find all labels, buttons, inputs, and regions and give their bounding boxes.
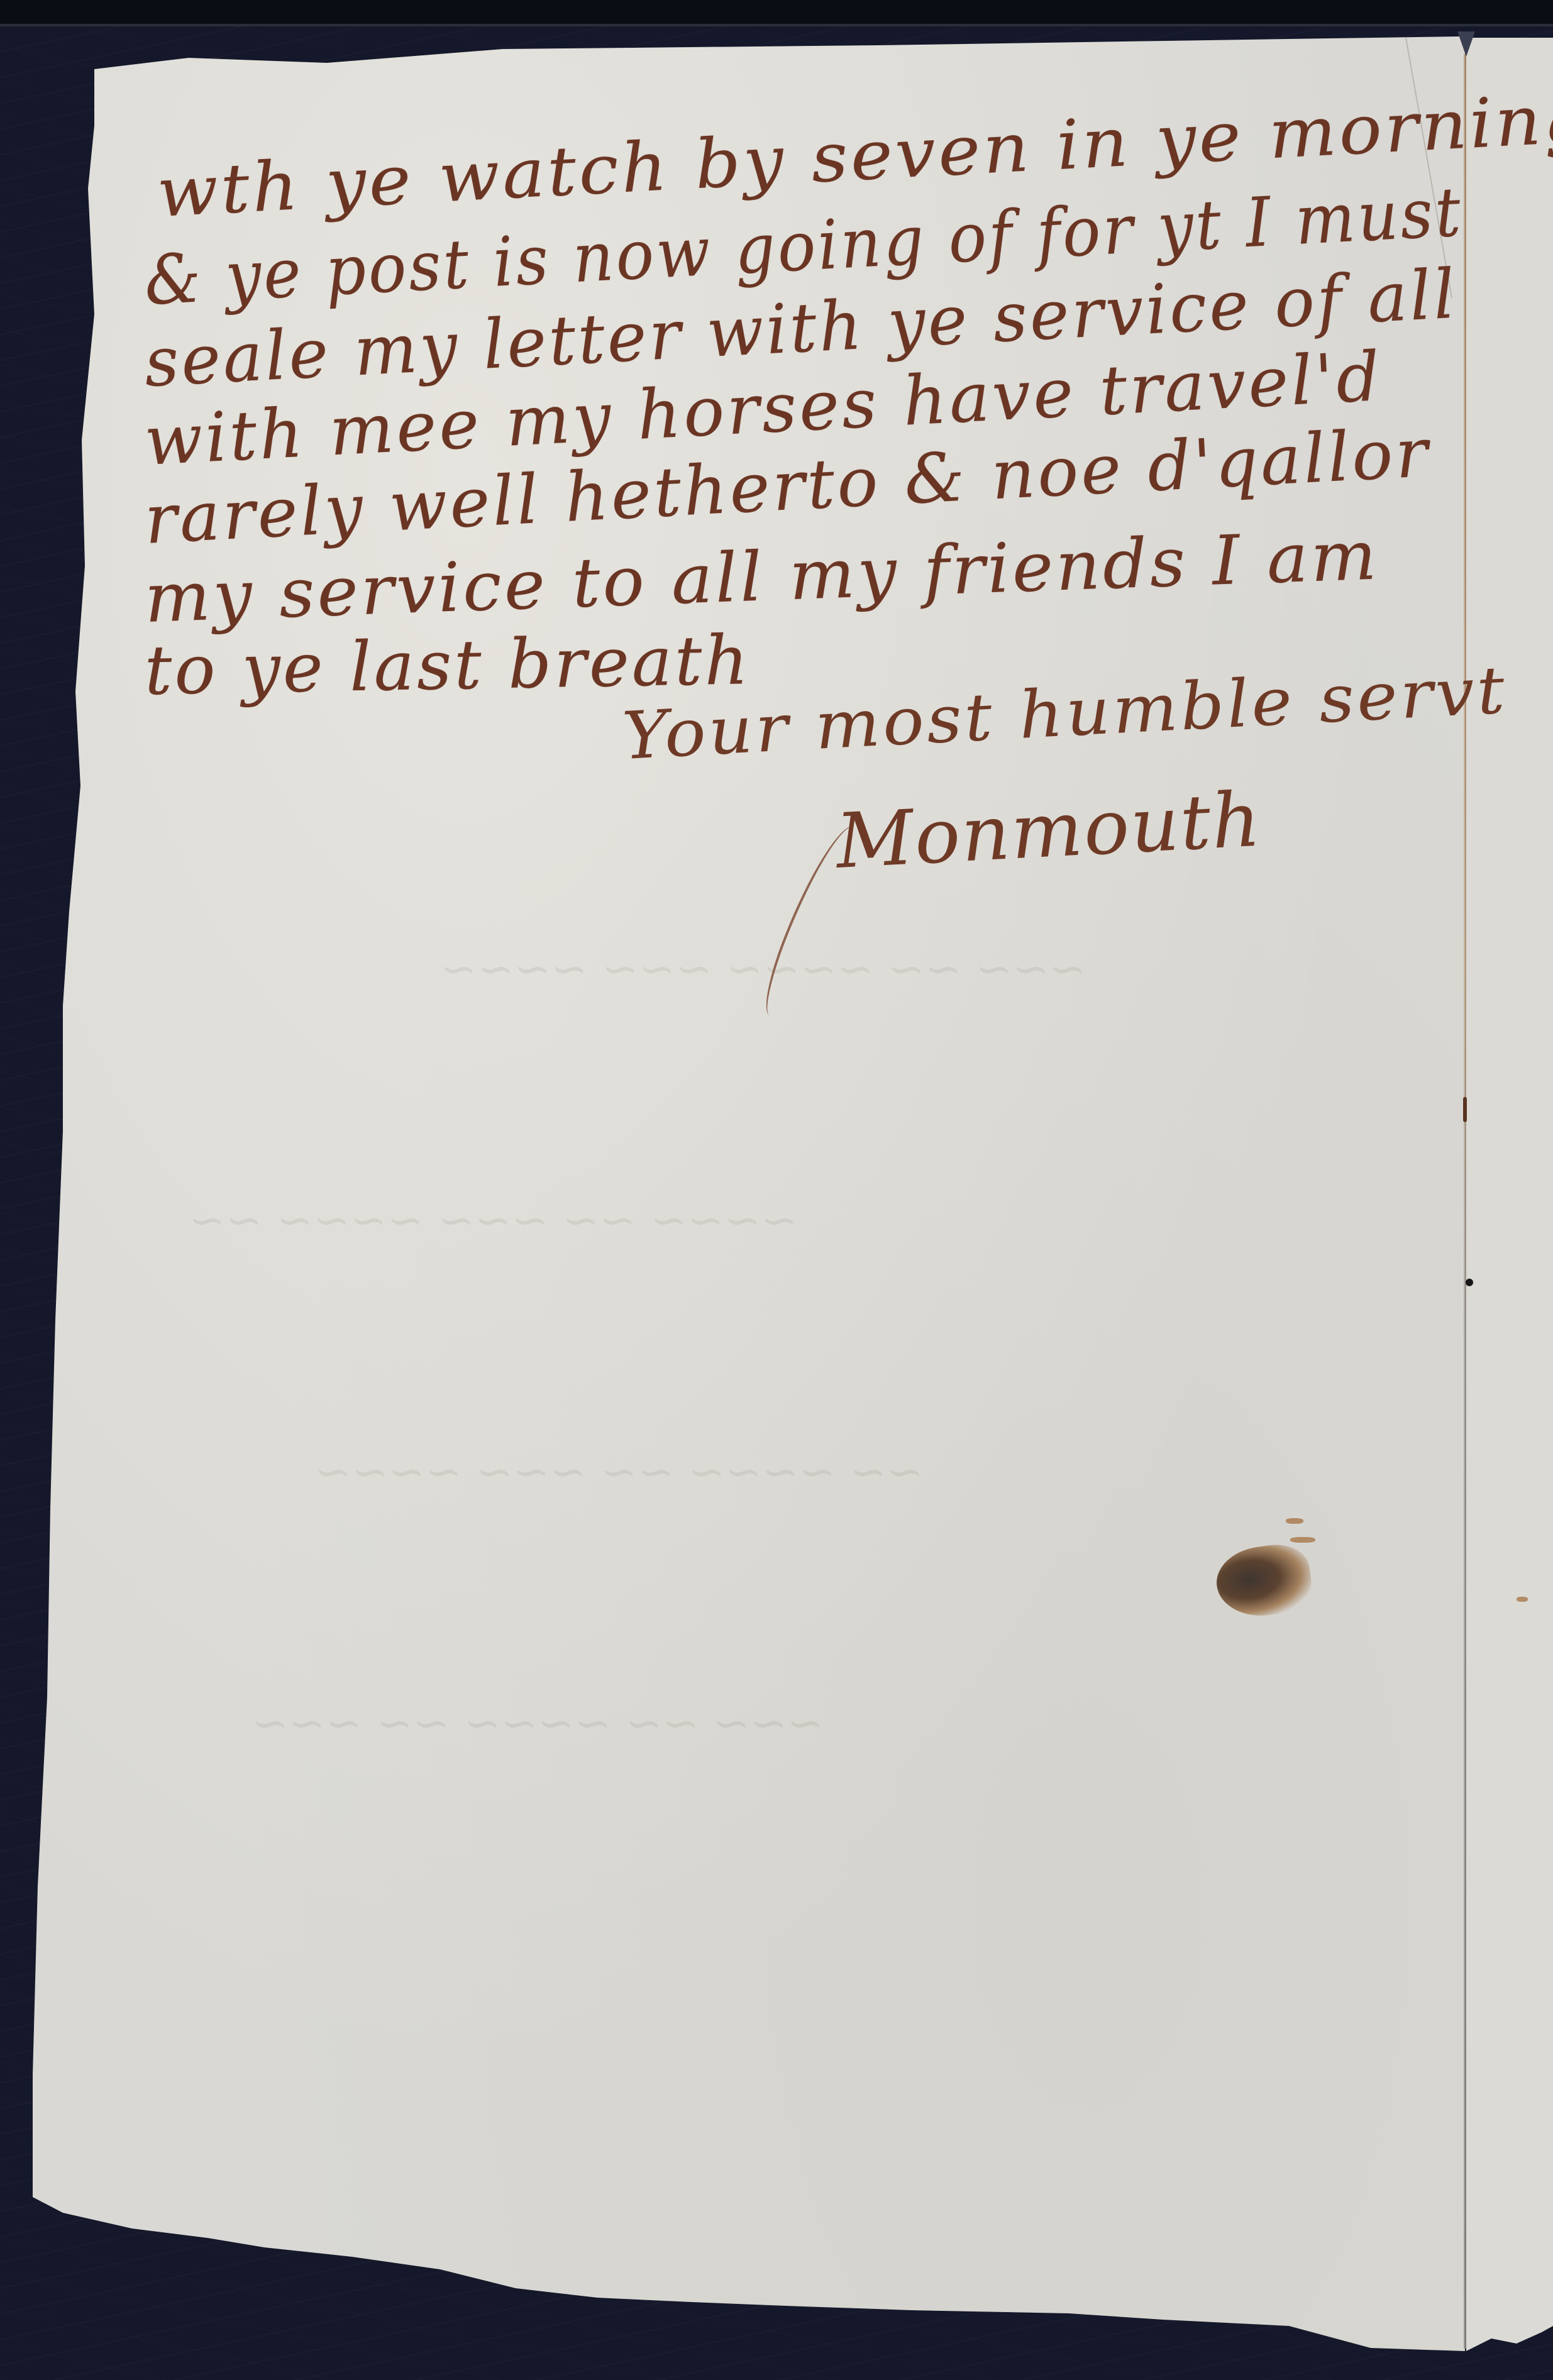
stain-fleck xyxy=(1286,1518,1303,1524)
scanner-top-strip xyxy=(0,0,1553,26)
show-through-text: ~~~ ~~ ~~~~ ~~ ~~~ xyxy=(251,1697,824,1749)
ink-mark-on-fold xyxy=(1463,1097,1467,1122)
show-through-text: ~~~ ~~ ~~~~ ~~~ ~~~~ xyxy=(440,943,1086,994)
adjacent-page-edge xyxy=(1466,38,1553,2351)
show-through-text: ~~ ~~~~ ~~ ~~~ ~~~~ xyxy=(314,1446,924,1497)
show-through-text: ~~~~ ~~ ~~~ ~~~~ ~~ xyxy=(189,1194,798,1246)
stain-fleck xyxy=(1290,1537,1315,1543)
stain-fleck xyxy=(1517,1597,1528,1602)
worm-hole xyxy=(1466,1279,1473,1286)
fold-notch xyxy=(1457,31,1475,57)
fold-line xyxy=(1464,54,1466,2349)
